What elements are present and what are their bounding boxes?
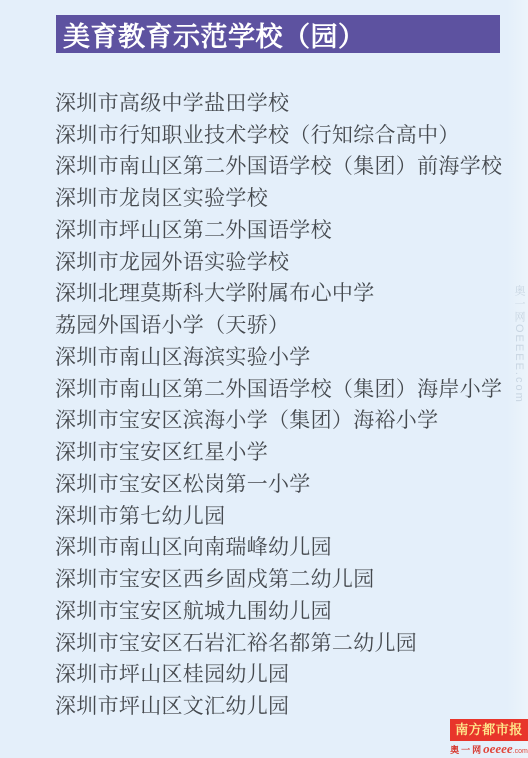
vertical-watermark: 奥一网OEEEE.com bbox=[511, 285, 527, 404]
list-item: 深圳市龙岗区实验学校 bbox=[55, 181, 515, 213]
list-item: 深圳市高级中学盐田学校 bbox=[55, 86, 515, 118]
publisher-site-line: 奥一网 oeeee .com bbox=[450, 741, 528, 756]
list-item: 深圳市南山区向南瑞峰幼儿园 bbox=[55, 531, 515, 563]
publisher-tld-label: .com bbox=[513, 744, 528, 758]
list-item: 深圳市第七幼儿园 bbox=[55, 499, 515, 531]
list-item: 深圳市宝安区松岗第一小学 bbox=[55, 467, 515, 499]
list-item: 荔园外国语小学（天骄） bbox=[55, 308, 515, 340]
publisher-brand-label: 南方都市报 bbox=[450, 719, 528, 741]
list-item: 深圳市宝安区西乡固戍第二幼儿园 bbox=[55, 562, 515, 594]
list-item: 深圳市龙园外语实验学校 bbox=[55, 245, 515, 277]
list-item: 深圳市宝安区滨海小学（集团）海裕小学 bbox=[55, 404, 515, 436]
list-item: 深圳市南山区第二外国语学校（集团）前海学校 bbox=[55, 150, 515, 182]
page-title: 美育教育示范学校（园） bbox=[63, 15, 366, 54]
list-item: 深圳市宝安区航城九围幼儿园 bbox=[55, 594, 515, 626]
list-item: 深圳市坪山区桂园幼儿园 bbox=[55, 658, 515, 690]
publisher-domain-label: oeeee bbox=[483, 741, 513, 756]
list-item: 深圳市南山区第二外国语学校（集团）海岸小学 bbox=[55, 372, 515, 404]
page: 美育教育示范学校（园） 深圳市高级中学盐田学校 深圳市行知职业技术学校（行知综合… bbox=[0, 0, 528, 758]
list-item: 深圳市南山区海滨实验小学 bbox=[55, 340, 515, 372]
list-item: 深圳市行知职业技术学校（行知综合高中） bbox=[55, 118, 515, 150]
list-item: 深圳市坪山区文汇幼儿园 bbox=[55, 689, 515, 721]
list-item: 深圳市坪山区第二外国语学校 bbox=[55, 213, 515, 245]
publisher-logo: 南方都市报 奥一网 oeeee .com bbox=[450, 719, 528, 756]
list-item: 深圳市宝安区石岩汇裕名都第二幼儿园 bbox=[55, 626, 515, 658]
school-list: 深圳市高级中学盐田学校 深圳市行知职业技术学校（行知综合高中） 深圳市南山区第二… bbox=[55, 86, 515, 721]
list-item: 深圳北理莫斯科大学附属布心中学 bbox=[55, 277, 515, 309]
list-item: 深圳市宝安区红星小学 bbox=[55, 435, 515, 467]
publisher-site-label: 奥一网 bbox=[450, 743, 483, 758]
header-bar: 美育教育示范学校（园） bbox=[56, 15, 500, 53]
